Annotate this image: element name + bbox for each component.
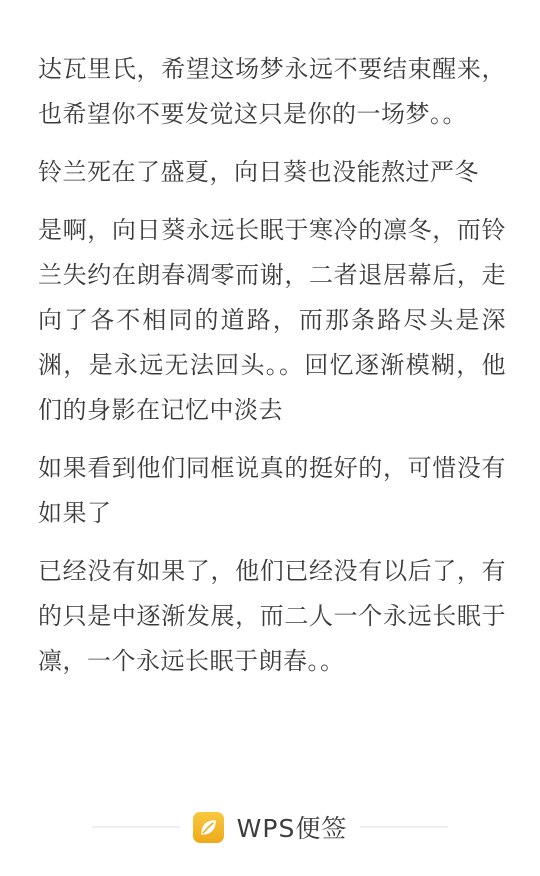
note-paragraph: 达瓦里氏，希望这场梦永远不要结束醒来，也希望你不要发觉这只是你的一场梦。。 (38, 47, 506, 137)
brand-label: WPS便签 (237, 809, 348, 845)
note-paragraph: 是啊，向日葵永远长眠于寒冷的凛冬，而铃兰失约在朗春凋零而谢，二者退居幕后，走向了… (38, 208, 506, 433)
wps-leaf-icon (193, 812, 224, 843)
note-paragraph: 已经没有如果了，他们已经没有以后了，有的只是中逐渐发展，而二人一个永远长眠于凛，… (38, 549, 506, 684)
footer-divider-right (360, 826, 448, 828)
note-paragraph: 如果看到他们同框说真的挺好的，可惜没有如果了 (38, 446, 506, 536)
note-paragraph: 铃兰死在了盛夏，向日葵也没能熬过严冬 (38, 150, 506, 195)
brand-footer: WPS便签 (0, 810, 540, 844)
note-content: 达瓦里氏，希望这场梦永远不要结束醒来，也希望你不要发觉这只是你的一场梦。。 铃兰… (38, 47, 506, 697)
footer-divider-left (92, 826, 180, 828)
